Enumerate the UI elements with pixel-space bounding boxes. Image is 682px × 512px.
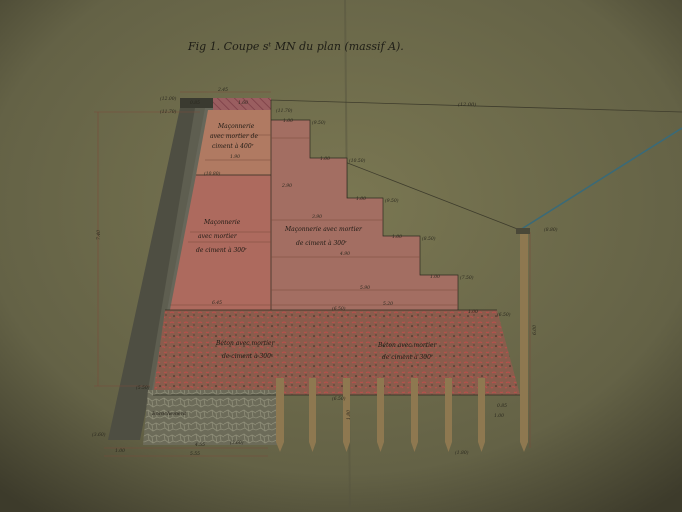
pile — [478, 378, 485, 452]
dim-top-b: 1.60 — [238, 100, 248, 106]
dim-step2: 1.00 — [320, 156, 330, 162]
elev-step6: (7.50) — [460, 274, 474, 281]
elev-mid-left: (10.80) — [204, 170, 221, 177]
elev-pile-base: (1.80) — [455, 449, 469, 456]
elev-step3: (10.50) — [349, 157, 366, 164]
dim-490: 4.90 — [339, 251, 350, 257]
elev-step4: (9.50) — [385, 197, 399, 204]
dim-520: 5.20 — [383, 301, 393, 307]
dim-step5: 1.00 — [430, 274, 440, 280]
elev-step5: (8.50) — [422, 235, 436, 242]
dim-step3: 1.00 — [356, 196, 366, 202]
label-masonry-left-1: Maçonnerie — [203, 219, 241, 226]
label-beton-right-1: Béton avec mortier — [377, 342, 438, 349]
label-masonry-top-3: ciment à 400ʳ — [212, 143, 254, 150]
dim-base-b: 4.55 — [194, 442, 205, 448]
dim-290: 2.90 — [281, 183, 292, 189]
elev-base-right: (6.50) — [497, 311, 511, 318]
pile — [276, 378, 284, 452]
elev-beton-base: (6.50) — [332, 395, 346, 402]
elev-beton-mid: (6.50) — [332, 305, 346, 312]
pile — [309, 378, 316, 452]
elev-far-right: (12.00) — [458, 101, 476, 108]
pile — [411, 378, 418, 452]
beton-foundation — [153, 310, 520, 395]
figure-title: Fig 1. Coupe sᵗ MN du plan (massif A). — [187, 40, 404, 53]
dim-height-left: 7.40 — [96, 230, 102, 240]
dim-100: 1.00 — [494, 413, 504, 419]
dim-step6: 1.00 — [468, 309, 478, 315]
dim-645: 6.45 — [212, 300, 222, 306]
label-enrochement: Enrochement — [151, 411, 187, 417]
dim-590: 5.90 — [360, 285, 370, 291]
dim-top-a: 0.85 — [190, 100, 200, 106]
elev-step2: (9.50) — [312, 119, 326, 126]
dim-step1: 1.00 — [283, 118, 293, 124]
elev-pile-top: (8.80) — [544, 226, 558, 233]
dim-top-width: 2.45 — [217, 87, 228, 93]
elev-top-second: (11.70) — [160, 108, 177, 115]
dim-390: 3.90 — [312, 214, 322, 220]
pile — [377, 378, 384, 452]
dim-lower-height: 1.80 — [346, 410, 352, 420]
pile — [445, 378, 452, 452]
riprap-foundation — [143, 390, 278, 445]
label-masonry-steps-1: Maçonnerie avec mortier — [284, 226, 363, 233]
dim-base-a: 1.00 — [115, 448, 125, 454]
dim-190: 1.90 — [230, 154, 240, 160]
dim-spacing: 0.85 — [497, 403, 507, 409]
elev-foot-left: (3.60) — [92, 431, 106, 438]
label-masonry-steps-2: de ciment à 300ʳ — [296, 240, 347, 247]
drawing-sheet: Fig 1. Coupe sᵗ MN du plan (massif A). (… — [0, 0, 682, 512]
dim-step4: 1.00 — [392, 234, 402, 240]
label-beton-left-1: Béton avec mortier — [215, 340, 276, 347]
label-masonry-top-1: Maçonnerie — [217, 123, 255, 130]
label-beton-left-2: de ciment à 300ʳ — [222, 353, 273, 360]
label-masonry-left-3: de ciment à 300ʳ — [196, 247, 247, 254]
label-masonry-top-2: avec mortier de — [210, 133, 258, 140]
elev-riprap-level: (5.50) — [136, 384, 150, 391]
elev-top-left: (12.00) — [160, 95, 177, 102]
dim-base-total: 5.55 — [190, 451, 200, 457]
elev-riprap-right: (3.60) — [230, 439, 244, 446]
label-beton-right-2: de ciment à 300ʳ — [382, 354, 433, 361]
elev-step1: (11.70) — [276, 107, 293, 114]
label-masonry-left-2: avec mortier — [198, 233, 238, 240]
dim-pile-length: 6.00 — [532, 325, 538, 335]
